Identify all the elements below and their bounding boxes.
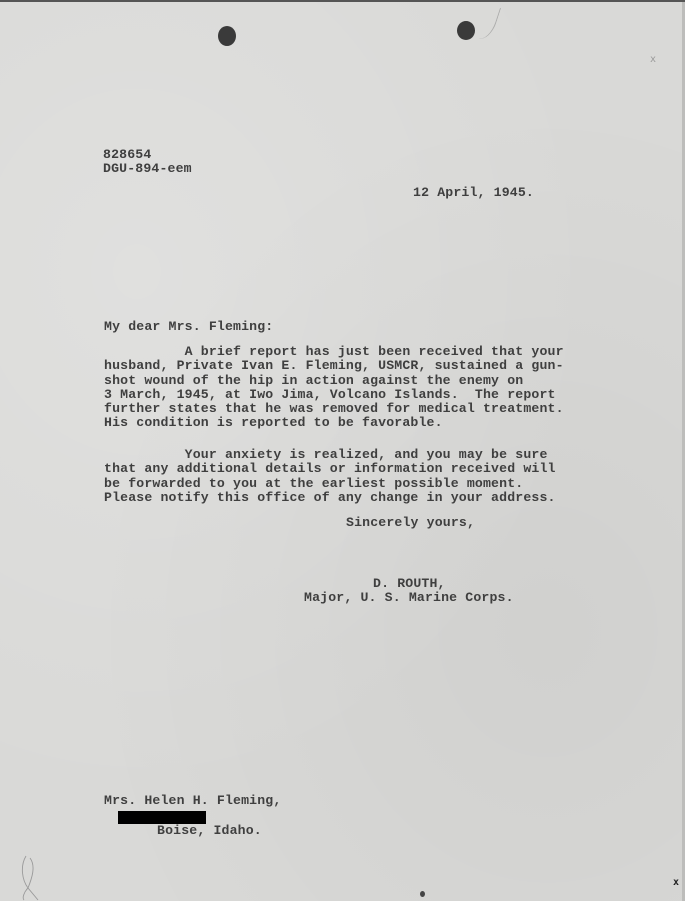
letter-date: 12 April, 1945. bbox=[413, 186, 534, 200]
reference-number: 828654 bbox=[103, 148, 151, 162]
margin-mark-top: x bbox=[650, 54, 656, 65]
file-code: DGU-894-eem bbox=[103, 162, 192, 176]
recipient-city: Boise, Idaho. bbox=[157, 824, 262, 838]
signature-name: D. ROUTH, bbox=[373, 577, 446, 591]
recipient-name: Mrs. Helen H. Fleming, bbox=[104, 794, 281, 808]
body-paragraph-1: A brief report has just been received th… bbox=[104, 345, 564, 431]
closing: Sincerely yours, bbox=[346, 516, 475, 530]
handwritten-initials-mark bbox=[18, 854, 44, 901]
body-paragraph-2: Your anxiety is realized, and you may be… bbox=[104, 448, 556, 505]
ink-dot bbox=[420, 891, 425, 897]
paper-tear bbox=[470, 2, 501, 43]
salutation: My dear Mrs. Fleming: bbox=[104, 320, 273, 334]
margin-mark-bottom: x bbox=[673, 877, 679, 888]
punch-hole-left bbox=[218, 26, 236, 46]
letter-page: x 828654 DGU-894-eem 12 April, 1945. My … bbox=[0, 0, 685, 901]
signature-title: Major, U. S. Marine Corps. bbox=[304, 591, 514, 605]
